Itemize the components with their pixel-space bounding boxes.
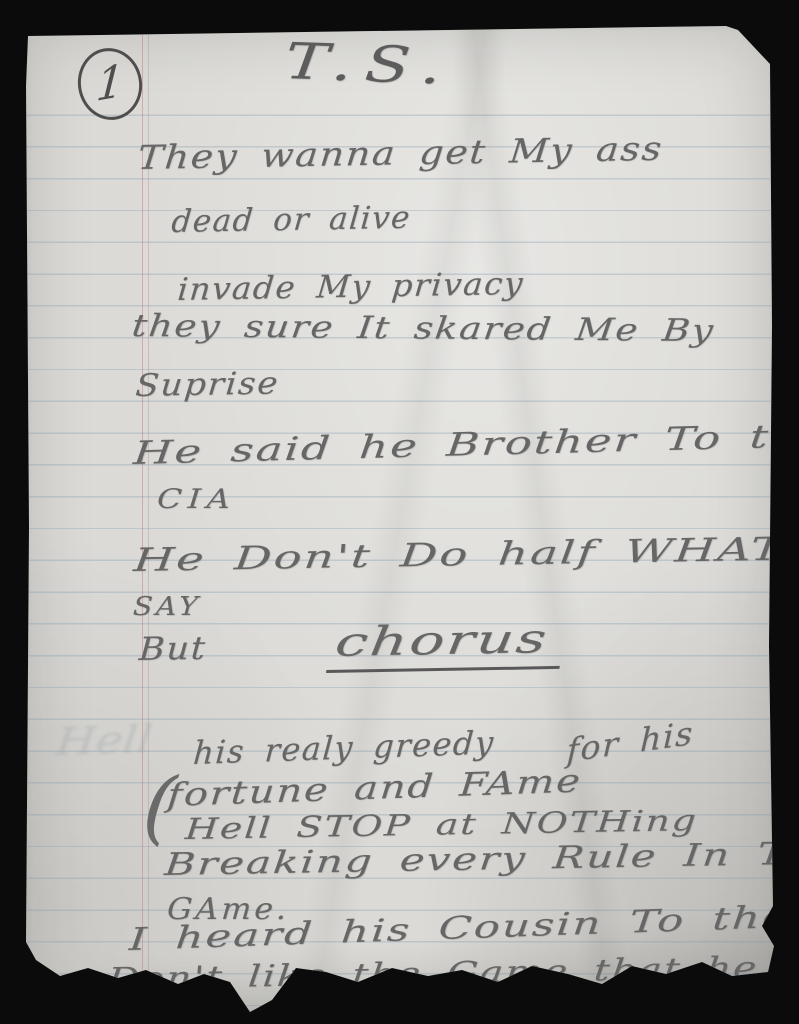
page-number-circle: 1 bbox=[72, 43, 148, 125]
photo-background: 1 T.S. They wanna get My ass dead or ali… bbox=[0, 0, 799, 1024]
lyric-line-3: invade My privacy bbox=[176, 266, 526, 308]
lyric-line-4: they sure It skared Me By bbox=[130, 308, 717, 349]
chorus-label: chorus bbox=[326, 616, 565, 673]
erased-ghost-text: Hell bbox=[54, 716, 155, 764]
lyric-line-9: SAY bbox=[132, 592, 202, 622]
lyric-line-7: CIA bbox=[156, 484, 237, 515]
lyric-line-2: dead or alive bbox=[170, 200, 413, 240]
lyric-line-5: Suprise bbox=[134, 365, 281, 404]
song-title: T.S. bbox=[282, 32, 457, 96]
lyric-line-12: for his bbox=[566, 714, 695, 770]
lyric-line-8: He Don't Do half WHAT he bbox=[132, 528, 799, 579]
notebook-paper: 1 T.S. They wanna get My ass dead or ali… bbox=[26, 26, 774, 1012]
lyric-line-11: his realy greedy bbox=[192, 723, 496, 772]
lyric-line-10: But bbox=[138, 629, 208, 668]
lyric-line-6: He said he Brother To the bbox=[132, 416, 799, 472]
page-number: 1 bbox=[95, 59, 126, 109]
lyric-line-18: Don't like the Game that he PLAY bbox=[106, 948, 799, 997]
lyric-line-1: They wanna get My ass bbox=[136, 129, 665, 177]
